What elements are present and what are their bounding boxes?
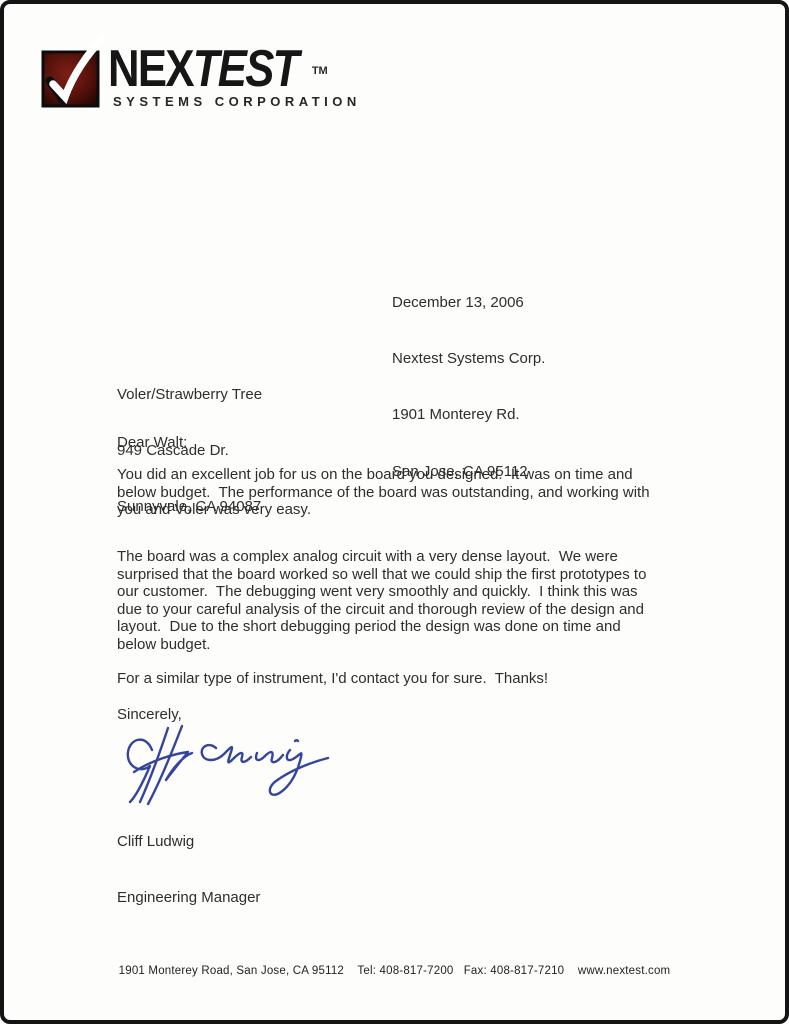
- checkmark-logo-icon: [40, 34, 106, 110]
- sender-company: Nextest Systems Corp.: [392, 350, 545, 369]
- nextest-logo: NEXTEST TM SYSTEMS CORPORATION: [40, 34, 361, 110]
- signer-block: Cliff Ludwig Engineering Manager: [117, 796, 260, 945]
- scanned-letter-page: NEXTEST TM SYSTEMS CORPORATION December …: [0, 0, 789, 1024]
- letterhead-footer: 1901 Monterey Road, San Jose, CA 95112 T…: [4, 965, 785, 977]
- trademark-symbol: TM: [312, 46, 328, 96]
- signer-title: Engineering Manager: [117, 889, 260, 908]
- handwritten-signature: [116, 720, 366, 808]
- body-paragraph-1: You did an excellent job for us on the b…: [117, 466, 650, 519]
- body-paragraph-3: For a similar type of instrument, I'd co…: [117, 670, 548, 688]
- sender-street: 1901 Monterey Rd.: [392, 406, 545, 425]
- body-paragraph-2: The board was a complex analog circuit w…: [117, 548, 646, 654]
- salutation: Dear Walt:: [117, 434, 187, 452]
- signature-ink-image: [116, 720, 366, 808]
- letter-date: December 13, 2006: [392, 294, 545, 313]
- logo-wordmark-nex: NEX: [108, 40, 193, 98]
- recipient-name: Voler/Strawberry Tree: [117, 386, 262, 405]
- logo-wordmark-test: TEST: [193, 40, 298, 98]
- logo-text: NEXTEST TM SYSTEMS CORPORATION: [108, 34, 361, 109]
- signer-name: Cliff Ludwig: [117, 833, 260, 852]
- logo-wordmark: NEXTEST TM: [108, 44, 361, 94]
- logo-wordmark-text: NEXTEST: [108, 44, 298, 94]
